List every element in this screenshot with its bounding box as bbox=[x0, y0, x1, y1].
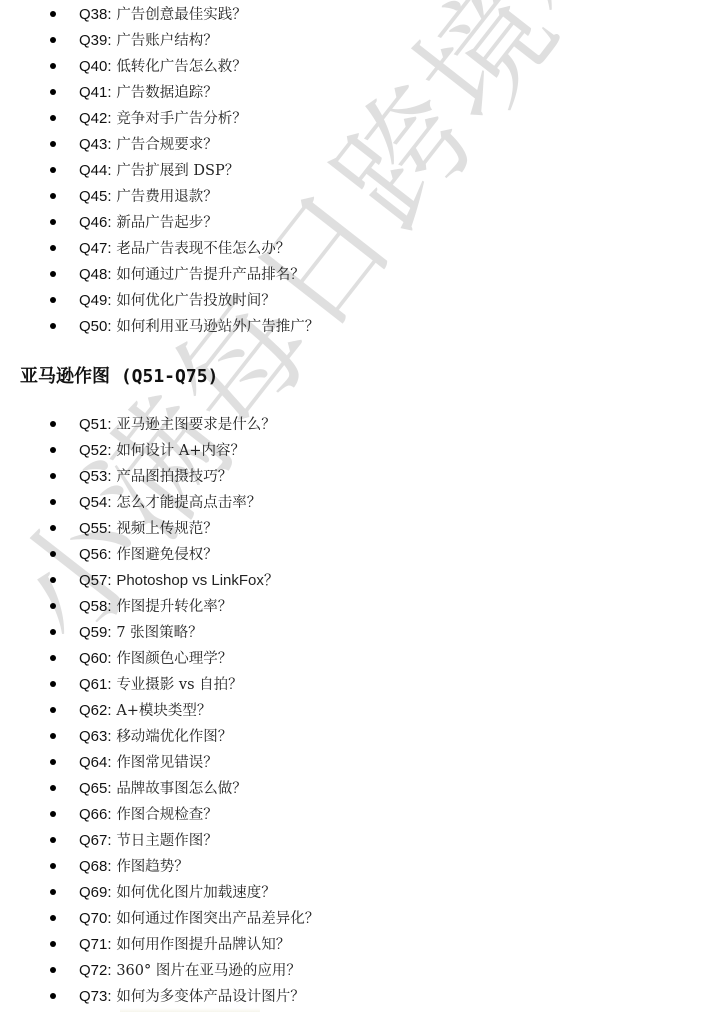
bullet-icon bbox=[50, 967, 56, 973]
list-item: Q51: 亚马逊主图要求是什么？ bbox=[0, 411, 716, 437]
list-item: Q66: 作图合规检查？ bbox=[0, 801, 716, 827]
question-text: 广告数据追踪？ bbox=[116, 85, 218, 101]
list-item: Q65: 品牌故事图怎么做？ bbox=[0, 775, 716, 801]
question-number: Q54: bbox=[79, 494, 112, 511]
list-item: Q38: 广告创意最佳实践？ bbox=[0, 1, 716, 27]
question-text: 360° 图片在亚马逊的应用？ bbox=[116, 963, 301, 979]
question-number: Q40: bbox=[79, 58, 112, 75]
list-item: Q55: 视频上传规范？ bbox=[0, 515, 716, 541]
image-question-list: Q51: 亚马逊主图要求是什么？ Q52: 如何设计 A+内容？ Q53: 产品… bbox=[0, 411, 716, 1009]
question-text: 竞争对手广告分析？ bbox=[116, 111, 247, 127]
list-item: Q56: 作图避免侵权？ bbox=[0, 541, 716, 567]
question-number: Q58: bbox=[79, 598, 112, 615]
question-number: Q65: bbox=[79, 780, 112, 797]
list-item: Q47: 老品广告表现不佳怎么办？ bbox=[0, 235, 716, 261]
bullet-icon bbox=[50, 525, 56, 531]
bullet-icon bbox=[50, 141, 56, 147]
question-number: Q64: bbox=[79, 754, 112, 771]
question-text: 如何用作图提升品牌认知？ bbox=[116, 937, 290, 953]
question-number: Q72: bbox=[79, 962, 112, 979]
list-item: Q73: 如何为多变体产品设计图片？ bbox=[0, 983, 716, 1009]
list-item: Q53: 产品图拍摄技巧？ bbox=[0, 463, 716, 489]
question-number: Q41: bbox=[79, 84, 112, 101]
list-item: Q61: 专业摄影 vs 自拍？ bbox=[0, 671, 716, 697]
question-number: Q39: bbox=[79, 32, 112, 49]
question-text: A+模块类型？ bbox=[116, 703, 211, 719]
question-text: 如何利用亚马逊站外广告推广？ bbox=[116, 319, 319, 335]
list-item: Q67: 节日主题作图？ bbox=[0, 827, 716, 853]
list-item: Q44: 广告扩展到 DSP？ bbox=[0, 157, 716, 183]
list-item: Q48: 如何通过广告提升产品排名？ bbox=[0, 261, 716, 287]
question-number: Q61: bbox=[79, 676, 112, 693]
question-number: Q51: bbox=[79, 416, 112, 433]
bullet-icon bbox=[50, 447, 56, 453]
ads-question-list: Q38: 广告创意最佳实践？ Q39: 广告账户结构？ Q40: 低转化广告怎么… bbox=[0, 1, 716, 339]
question-number: Q66: bbox=[79, 806, 112, 823]
cut-off-next-row bbox=[120, 1008, 260, 1012]
question-text: 作图颜色心理学？ bbox=[116, 651, 232, 667]
list-item: Q70: 如何通过作图突出产品差异化？ bbox=[0, 905, 716, 931]
bullet-icon bbox=[50, 63, 56, 69]
question-text: 广告扩展到 DSP？ bbox=[116, 163, 239, 179]
question-text: 低转化广告怎么救？ bbox=[116, 59, 247, 75]
bullet-icon bbox=[50, 193, 56, 199]
list-item: Q71: 如何用作图提升品牌认知？ bbox=[0, 931, 716, 957]
question-number: Q63: bbox=[79, 728, 112, 745]
bullet-icon bbox=[50, 785, 56, 791]
bullet-icon bbox=[50, 759, 56, 765]
list-item: Q39: 广告账户结构？ bbox=[0, 27, 716, 53]
question-number: Q60: bbox=[79, 650, 112, 667]
question-number: Q49: bbox=[79, 292, 112, 309]
document-page: 小满每日跨境小知识 Q38: 广告创意最佳实践？ Q39: 广告账户结构？ Q4… bbox=[0, 0, 716, 1012]
question-text: 作图避免侵权？ bbox=[116, 547, 218, 563]
bullet-icon bbox=[50, 941, 56, 947]
bullet-icon bbox=[50, 115, 56, 121]
bullet-icon bbox=[50, 473, 56, 479]
list-item: Q41: 广告数据追踪？ bbox=[0, 79, 716, 105]
bullet-icon bbox=[50, 89, 56, 95]
question-text: 品牌故事图怎么做？ bbox=[116, 781, 247, 797]
bullet-icon bbox=[50, 37, 56, 43]
question-number: Q70: bbox=[79, 910, 112, 927]
bullet-icon bbox=[50, 271, 56, 277]
bullet-icon bbox=[50, 577, 56, 583]
question-number: Q71: bbox=[79, 936, 112, 953]
section-heading: 亚马逊作图 (Q51-Q75) bbox=[20, 364, 218, 390]
list-item: Q64: 作图常见错误？ bbox=[0, 749, 716, 775]
bullet-icon bbox=[50, 245, 56, 251]
question-number: Q68: bbox=[79, 858, 112, 875]
bullet-icon bbox=[50, 219, 56, 225]
question-text: 如何设计 A+内容？ bbox=[116, 443, 245, 459]
list-item: Q57: Photoshop vs LinkFox？ bbox=[0, 567, 716, 593]
question-text: 节日主题作图？ bbox=[116, 833, 218, 849]
bullet-icon bbox=[50, 733, 56, 739]
question-text: 专业摄影 vs 自拍？ bbox=[116, 677, 242, 693]
question-number: Q53: bbox=[79, 468, 112, 485]
question-number: Q45: bbox=[79, 188, 112, 205]
question-number: Q73: bbox=[79, 988, 112, 1005]
question-number: Q67: bbox=[79, 832, 112, 849]
list-item: Q58: 作图提升转化率？ bbox=[0, 593, 716, 619]
question-text: 移动端优化作图？ bbox=[116, 729, 232, 745]
question-text: 如何通过作图突出产品差异化？ bbox=[116, 911, 319, 927]
bullet-icon bbox=[50, 297, 56, 303]
question-number: Q43: bbox=[79, 136, 112, 153]
question-number: Q47: bbox=[79, 240, 112, 257]
question-number: Q42: bbox=[79, 110, 112, 127]
bullet-icon bbox=[50, 811, 56, 817]
list-item: Q62: A+模块类型？ bbox=[0, 697, 716, 723]
question-text: 作图趋势？ bbox=[116, 859, 189, 875]
list-item: Q60: 作图颜色心理学？ bbox=[0, 645, 716, 671]
bullet-icon bbox=[50, 993, 56, 999]
question-number: Q62: bbox=[79, 702, 112, 719]
bullet-icon bbox=[50, 551, 56, 557]
question-text: 产品图拍摄技巧？ bbox=[116, 469, 232, 485]
question-number: Q59: bbox=[79, 624, 112, 641]
bullet-icon bbox=[50, 681, 56, 687]
question-text: 如何通过广告提升产品排名？ bbox=[116, 267, 305, 283]
list-item: Q49: 如何优化广告投放时间？ bbox=[0, 287, 716, 313]
list-item: Q68: 作图趋势？ bbox=[0, 853, 716, 879]
question-number: Q50: bbox=[79, 318, 112, 335]
question-text: 如何为多变体产品设计图片？ bbox=[116, 989, 305, 1005]
question-number: Q56: bbox=[79, 546, 112, 563]
question-text: 新品广告起步？ bbox=[116, 215, 218, 231]
question-text: 老品广告表现不佳怎么办？ bbox=[116, 241, 290, 257]
list-item: Q50: 如何利用亚马逊站外广告推广？ bbox=[0, 313, 716, 339]
question-number: Q52: bbox=[79, 442, 112, 459]
question-number: Q46: bbox=[79, 214, 112, 231]
question-text: 广告账户结构？ bbox=[116, 33, 218, 49]
bullet-icon bbox=[50, 629, 56, 635]
bullet-icon bbox=[50, 655, 56, 661]
list-item: Q63: 移动端优化作图？ bbox=[0, 723, 716, 749]
question-text: Photoshop vs LinkFox？ bbox=[116, 572, 279, 589]
list-item: Q72: 360° 图片在亚马逊的应用？ bbox=[0, 957, 716, 983]
list-item: Q52: 如何设计 A+内容？ bbox=[0, 437, 716, 463]
question-text: 作图合规检查？ bbox=[116, 807, 218, 823]
bullet-icon bbox=[50, 167, 56, 173]
list-item: Q59: 7 张图策略？ bbox=[0, 619, 716, 645]
list-item: Q46: 新品广告起步？ bbox=[0, 209, 716, 235]
question-number: Q38: bbox=[79, 6, 112, 23]
bullet-icon bbox=[50, 421, 56, 427]
question-text: 广告费用退款？ bbox=[116, 189, 218, 205]
question-text: 广告创意最佳实践？ bbox=[116, 7, 247, 23]
question-text: 如何优化图片加载速度？ bbox=[116, 885, 276, 901]
bullet-icon bbox=[50, 323, 56, 329]
question-text: 亚马逊主图要求是什么？ bbox=[116, 417, 276, 433]
bullet-icon bbox=[50, 915, 56, 921]
question-text: 怎么才能提高点击率？ bbox=[116, 495, 261, 511]
question-text: 如何优化广告投放时间？ bbox=[116, 293, 276, 309]
list-item: Q45: 广告费用退款？ bbox=[0, 183, 716, 209]
bullet-icon bbox=[50, 603, 56, 609]
list-item: Q54: 怎么才能提高点击率？ bbox=[0, 489, 716, 515]
list-item: Q40: 低转化广告怎么救？ bbox=[0, 53, 716, 79]
question-text: 视频上传规范？ bbox=[116, 521, 218, 537]
question-text: 作图常见错误？ bbox=[116, 755, 218, 771]
question-text: 7 张图策略？ bbox=[116, 625, 202, 641]
list-item: Q69: 如何优化图片加载速度？ bbox=[0, 879, 716, 905]
bullet-icon bbox=[50, 889, 56, 895]
list-item: Q42: 竞争对手广告分析？ bbox=[0, 105, 716, 131]
question-number: Q57: bbox=[79, 572, 112, 589]
question-text: 作图提升转化率？ bbox=[116, 599, 232, 615]
bullet-icon bbox=[50, 863, 56, 869]
bullet-icon bbox=[50, 11, 56, 17]
list-item: Q43: 广告合规要求？ bbox=[0, 131, 716, 157]
question-text: 广告合规要求？ bbox=[116, 137, 218, 153]
bullet-icon bbox=[50, 837, 56, 843]
question-number: Q48: bbox=[79, 266, 112, 283]
question-number: Q69: bbox=[79, 884, 112, 901]
question-number: Q55: bbox=[79, 520, 112, 537]
bullet-icon bbox=[50, 499, 56, 505]
bullet-icon bbox=[50, 707, 56, 713]
question-number: Q44: bbox=[79, 162, 112, 179]
